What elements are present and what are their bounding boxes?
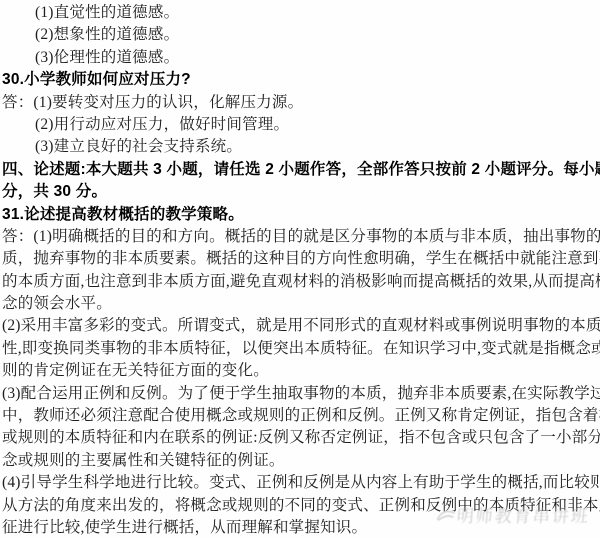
text-line: 则的肯定例证在无关特征方面的变化。 — [2, 360, 600, 382]
text-line: 念或规则的主要属性和关键特征的例证。 — [2, 450, 600, 472]
text-line: 从方法的角度来出发的，将概念或规则的不同的变式、正例和反例中的本质特征和非本质特 — [2, 495, 600, 517]
text-line: 分，共 30 分。 — [2, 181, 600, 203]
text-line: 四、论述题:本大题共 3 小题，请任选 2 小题作答，全部作答只按前 2 小题评… — [2, 159, 600, 181]
document-page: (1)直觉性的道德感。(2)想象性的道德感。(3)伦理性的道德感。30.小学教师… — [0, 0, 600, 538]
text-line: (4)引导学生科学地进行比较。变式、正例和反例是从内容上有助于学生的概括,而比较… — [2, 472, 600, 494]
text-line: (2)用行动应对压力，做好时间管理。 — [2, 114, 600, 136]
text-line: 质，抛弃事物的非本质要素。概括的这种目的方向性愈明确，学生在概括中就能注意到事物 — [2, 248, 600, 270]
text-line: (2)采用丰富多彩的变式。所谓变式，就是用不同形式的直观材料或事例说明事物的本质… — [2, 315, 600, 337]
text-line: 征进行比较,使学生进行概括，从而理解和掌握知识。 — [2, 517, 600, 538]
text-line: 的本质方面,也注意到非本质方面,避免直观材料的消极影响而提高概括的效果,从而提高… — [2, 271, 600, 293]
text-line: (1)直觉性的道德感。 — [2, 2, 600, 24]
text-line: (3)伦理性的道德感。 — [2, 47, 600, 69]
text-line: 性,即变换同类事物的非本质特征，以便突出本质特征。在知识学习中,变式就是指概念或… — [2, 338, 600, 360]
text-line: 中，教师还必须注意配合使用概念或规则的正例和反例。正例又称肯定例证，指包含着概念 — [2, 405, 600, 427]
text-line: 31.论述提高教材概括的教学策略。 — [2, 204, 600, 226]
text-line: 念的领会水平。 — [2, 293, 600, 315]
text-line: 答：(1)明确概括的目的和方向。概括的目的就是区分事物的本质与非本质，抽出事物的… — [2, 226, 600, 248]
text-line: (2)想象性的道德感。 — [2, 24, 600, 46]
text-line: 30.小学教师如何应对压力? — [2, 69, 600, 91]
text-line: 答：(1)要转变对压力的认识，化解压力源。 — [2, 92, 600, 114]
text-line: 或规则的本质特征和内在联系的例证:反例又称否定例证，指不包含或只包含了一小部分概 — [2, 427, 600, 449]
text-line: (3)建立良好的社会支持系统。 — [2, 136, 600, 158]
text-line: (3)配合运用正例和反例。为了便于学生抽取事物的本质，抛弃非本质要素,在实际教学… — [2, 383, 600, 405]
document-body: (1)直觉性的道德感。(2)想象性的道德感。(3)伦理性的道德感。30.小学教师… — [0, 0, 600, 538]
